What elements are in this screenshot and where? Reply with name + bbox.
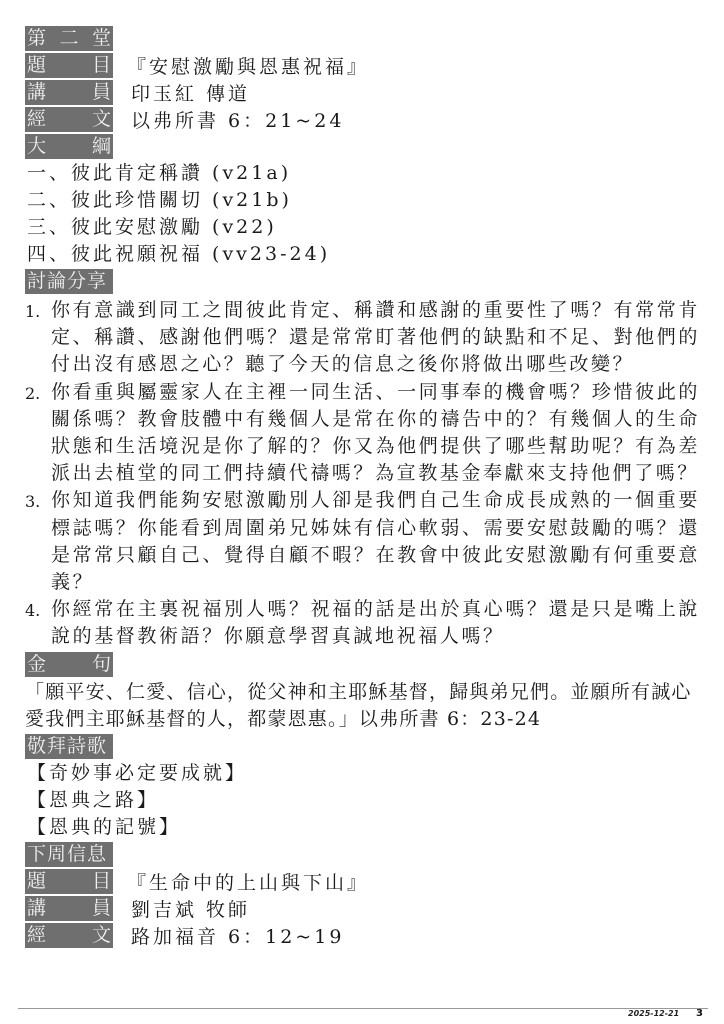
label-char: 文 (92, 107, 111, 132)
discussion-label: 討論分享 (25, 269, 113, 294)
golden-verse-text: 「願平安、仁愛、信心，從父神和主耶穌基督，歸與弟兄們。並願所有誠心愛我們主耶穌基… (25, 679, 700, 733)
item-text: 你經常在主裏祝福別人嗎？祝福的話是出於真心嗎？還是只是嘴上說說的基督教術語？你願… (51, 596, 700, 650)
next-scripture-reference: 路加福音 6：12~19 (131, 922, 344, 949)
label-char: 二 (59, 26, 78, 51)
item-number: 1. (25, 297, 51, 379)
label-char: 題 (27, 53, 46, 78)
next-speaker-name: 劉吉斌 牧師 (131, 895, 250, 922)
label-char: 綱 (92, 134, 111, 159)
page-number: 3 (696, 1008, 703, 1019)
item-text: 你看重與屬靈家人在主裡一同生活、一同事奉的機會嗎？珍惜彼此的關係嗎？教會肢體中有… (51, 379, 700, 488)
bulletin-page: 第 二 堂 題 目 『安慰激勵與恩惠祝福』 講 員 印玉紅 傳道 經 文 以弗所… (25, 25, 700, 949)
item-number: 4. (25, 596, 51, 650)
title-label: 題 目 (25, 53, 113, 78)
session-row: 第 二 堂 (25, 25, 700, 52)
next-sermon-title: 『生命中的上山與下山』 (127, 868, 369, 895)
item-number: 3. (25, 487, 51, 596)
speaker-name: 印玉紅 傳道 (131, 79, 250, 106)
item-text: 你有意識到同工之間彼此肯定、稱讚和感謝的重要性了嗎？有常常肯定、稱讚、感謝他們嗎… (51, 297, 700, 379)
next-title-label: 題 目 (25, 869, 113, 894)
sermon-title: 『安慰激勵與恩惠祝福』 (127, 52, 369, 79)
label-char: 目 (92, 869, 111, 894)
next-title-row: 題 目 『生命中的上山與下山』 (25, 868, 700, 895)
discussion-item: 3. 你知道我們能夠安慰激勵別人卻是我們自己生命成長成熟的一個重要標誌嗎？你能看… (25, 487, 700, 596)
item-number: 2. (25, 379, 51, 488)
song-list: 【奇妙事必定要成就】 【恩典之路】 【恩典的記號】 (25, 760, 700, 841)
scripture-label: 經 文 (25, 107, 113, 132)
label-char: 經 (27, 923, 46, 948)
outline-item: 四、彼此祝願祝福 (vv23-24) (25, 241, 700, 268)
discussion-item: 1. 你有意識到同工之間彼此肯定、稱讚和感謝的重要性了嗎？有常常肯定、稱讚、感謝… (25, 297, 700, 379)
title-row: 題 目 『安慰激勵與恩惠祝福』 (25, 52, 700, 79)
next-speaker-row: 講 員 劉吉斌 牧師 (25, 895, 700, 922)
discussion-item: 4. 你經常在主裏祝福別人嗎？祝福的話是出於真心嗎？還是只是嘴上說說的基督教術語… (25, 596, 700, 650)
discussion-header-row: 討論分享 (25, 268, 700, 295)
song-item: 【恩典之路】 (25, 787, 700, 814)
label-char: 金 (27, 652, 46, 677)
label-char: 題 (27, 869, 46, 894)
label-char: 第 (27, 26, 46, 51)
scripture-reference: 以弗所書 6：21~24 (131, 106, 344, 133)
session-label: 第 二 堂 (25, 26, 113, 51)
label-char: 員 (92, 80, 111, 105)
scripture-row: 經 文 以弗所書 6：21~24 (25, 106, 700, 133)
worship-header-row: 敬拜詩歌 (25, 733, 700, 760)
golden-verse-label: 金 句 (25, 652, 113, 677)
speaker-label: 講 員 (25, 80, 113, 105)
outline-item: 三、彼此安慰激勵 (v22) (25, 214, 700, 241)
label-char: 講 (27, 80, 46, 105)
song-item: 【奇妙事必定要成就】 (25, 760, 700, 787)
next-week-header-row: 下周信息 (25, 841, 700, 868)
item-text: 你知道我們能夠安慰激勵別人卻是我們自己生命成長成熟的一個重要標誌嗎？你能看到周圍… (51, 487, 700, 596)
discussion-item: 2. 你看重與屬靈家人在主裡一同生活、一同事奉的機會嗎？珍惜彼此的關係嗎？教會肢… (25, 379, 700, 488)
song-item: 【恩典的記號】 (25, 814, 700, 841)
outline-list: 一、彼此肯定稱讚 (v21a) 二、彼此珍惜關切 (v21b) 三、彼此安慰激勵… (25, 160, 700, 268)
label-char: 文 (92, 923, 111, 948)
outline-item: 一、彼此肯定稱讚 (v21a) (25, 160, 700, 187)
label-char: 員 (92, 896, 111, 921)
golden-verse-header-row: 金 句 (25, 651, 700, 678)
worship-label: 敬拜詩歌 (25, 734, 113, 759)
discussion-list: 1. 你有意識到同工之間彼此肯定、稱讚和感謝的重要性了嗎？有常常肯定、稱讚、感謝… (25, 297, 700, 651)
label-char: 堂 (92, 26, 111, 51)
label-char: 句 (92, 652, 111, 677)
next-speaker-label: 講 員 (25, 896, 113, 921)
label-char: 大 (27, 134, 46, 159)
footer-divider (18, 1008, 708, 1009)
outline-label: 大 綱 (25, 134, 113, 159)
outline-header-row: 大 綱 (25, 133, 700, 160)
next-scripture-row: 經 文 路加福音 6：12~19 (25, 922, 700, 949)
next-scripture-label: 經 文 (25, 923, 113, 948)
label-char: 講 (27, 896, 46, 921)
label-char: 目 (92, 53, 111, 78)
next-week-label: 下周信息 (25, 842, 113, 867)
outline-item: 二、彼此珍惜關切 (v21b) (25, 187, 700, 214)
footer-date: 2025-12-21 (628, 1009, 679, 1018)
label-char: 經 (27, 107, 46, 132)
speaker-row: 講 員 印玉紅 傳道 (25, 79, 700, 106)
